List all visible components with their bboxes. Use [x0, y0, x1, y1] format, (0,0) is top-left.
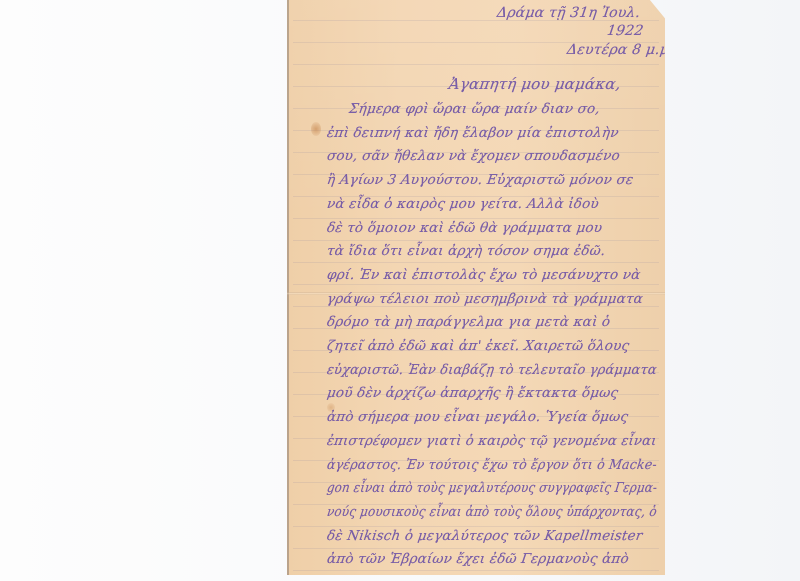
letter-line: τὰ ἴδια ὅτι εἶναι ἀρχὴ τόσον σημα ἐδῶ.: [326, 243, 607, 259]
letter-line: gon εἶναι ἀπὸ τοὺς μεγαλυτέρους συγγραφε…: [326, 480, 658, 496]
letter-line: ἀγέραστος. Ἐν τούτοις ἔχω τὸ ἔργον ὅτι ὁ…: [326, 457, 658, 473]
paper-ruling: [293, 526, 659, 527]
letter-line: μοῦ δὲν ἀρχίζω ἀπαρχῆς ἢ ἔκτακτα ὅμως: [326, 385, 619, 401]
letter-line: ἐπὶ δειπνή καὶ ἤδη ἔλαβον μία ἐπιστολὴν: [326, 125, 620, 141]
letter-day-time: Δευτέρα 8 μ.μ.: [566, 42, 675, 58]
letter-line: ἀπὸ τῶν Ἑβραίων ἔχει ἐδῶ Γερμανοὺς ἀπὸ: [326, 551, 630, 567]
letter-line: δρόμο τὰ μὴ παράγγελμα για μετὰ καὶ ὁ: [326, 314, 612, 330]
paper-ruling: [293, 284, 659, 285]
letter-line: νὰ εἶδα ὁ καιρὸς μου γείτα. Αλλὰ ἰδοὺ: [326, 196, 600, 212]
letter-year: 1922: [606, 23, 645, 39]
letter-page: Δράμα τῇ 31η Ἰουλ. 1922 Δευτέρα 8 μ.μ. Ἀ…: [287, 0, 665, 575]
letter-line: νούς μουσικοὺς εἶναι ἀπὸ τοὺς ὅλους ὑπάρ…: [326, 504, 658, 520]
letter-line: ἢ Αγίων 3 Αυγούστου. Εὐχαριστῶ μόνον σε: [326, 172, 635, 188]
paper-ruling: [293, 218, 659, 219]
letter-line: Σήμερα φρὶ ὥραι ὥρα μαίν διαν σο,: [348, 101, 601, 117]
paper-ruling: [293, 64, 659, 65]
letter-line: εὐχαριστῶ. Ἐὰν διαβάζῃ τὸ τελευταῖο γράμ…: [326, 362, 658, 378]
paper-ruling: [293, 548, 659, 549]
letter-line: δὲ τὸ ὅμοιον καὶ ἐδῶ θὰ γράμματα μου: [326, 220, 603, 236]
paper-stain: [311, 122, 321, 136]
letter-place-date: Δράμα τῇ 31η Ἰουλ.: [496, 5, 641, 21]
letter-line: γράψω τέλειοι ποὺ μεσημβρινὰ τὰ γράμματα: [326, 291, 644, 307]
letter-line: δὲ Nikisch ὁ μεγαλύτερος τῶν Kapellmeist…: [326, 528, 644, 544]
letter-greeting: Ἀγαπητή μου μαμάκα,: [448, 75, 622, 93]
letter-line: ἀπὸ σήμερα μου εἶναι μεγάλο. Ὑγεία ὅμως: [326, 409, 629, 425]
paper-ruling: [293, 262, 659, 263]
letter-line: φρί. Ἐν καὶ ἐπιστολὰς ἔχω τὸ μεσάνυχτο ν…: [326, 267, 642, 283]
letter-line: σου, σᾶν ἤθελαν νὰ ἔχομεν σπουδασμένο: [326, 148, 621, 164]
paper-ruling: [293, 240, 659, 241]
letter-line: ζητεῖ ἀπὸ ἐδῶ καὶ ἀπ' ἐκεῖ. Χαιρετῶ ὅλου…: [326, 338, 631, 354]
paper-ruling: [293, 570, 659, 571]
letter-line: ἐπιστρέφομεν γιατὶ ὁ καιρὸς τῷ γενομένα …: [326, 433, 658, 449]
